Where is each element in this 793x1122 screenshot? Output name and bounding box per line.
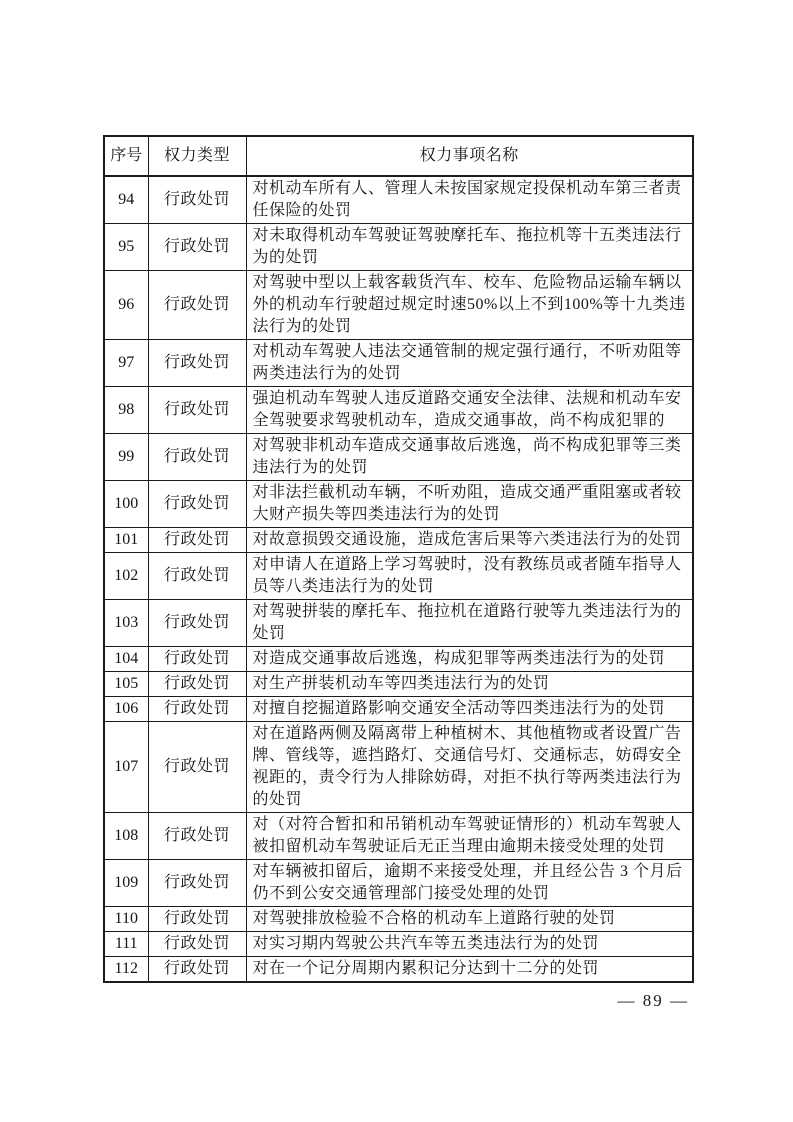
table-row: 108 行政处罚 对（对符合暂扣和吊销机动车驾驶证情形的）机动车驾驶人被扣留机动… bbox=[104, 813, 693, 860]
power-type-cell: 行政处罚 bbox=[148, 176, 246, 224]
power-item-name-cell: 对申请人在道路上学习驾驶时，没有教练员或者随车指导人员等八类违法行为的处罚 bbox=[246, 553, 693, 600]
table-row: 103 行政处罚 对驾驶拼装的摩托车、拖拉机在道路行驶等九类违法行为的处罚 bbox=[104, 600, 693, 647]
power-item-name-cell: 对实习期内驾驶公共汽车等五类违法行为的处罚 bbox=[246, 932, 693, 957]
power-item-name-cell: 对在一个记分周期内累积记分达到十二分的处罚 bbox=[246, 957, 693, 983]
document-page: 序号 权力类型 权力事项名称 94 行政处罚 对机动车所有人、管理人未按国家规定… bbox=[0, 0, 793, 1122]
power-type-cell: 行政处罚 bbox=[148, 600, 246, 647]
power-item-name-cell: 强迫机动车驾驶人违反道路交通安全法律、法规和机动车安全驾驶要求驾驶机动车，造成交… bbox=[246, 387, 693, 434]
power-type-cell: 行政处罚 bbox=[148, 697, 246, 722]
table-row: 110 行政处罚 对驾驶排放检验不合格的机动车上道路行驶的处罚 bbox=[104, 907, 693, 932]
power-item-name-cell: 对机动车驾驶人违法交通管制的规定强行通行，不听劝阻等两类违法行为的处罚 bbox=[246, 340, 693, 387]
row-index-cell: 106 bbox=[104, 697, 148, 722]
table-row: 102 行政处罚 对申请人在道路上学习驾驶时，没有教练员或者随车指导人员等八类违… bbox=[104, 553, 693, 600]
row-index-cell: 108 bbox=[104, 813, 148, 860]
table-body: 94 行政处罚 对机动车所有人、管理人未按国家规定投保机动车第三者责任保险的处罚… bbox=[104, 176, 693, 982]
table-row: 111 行政处罚 对实习期内驾驶公共汽车等五类违法行为的处罚 bbox=[104, 932, 693, 957]
row-index-cell: 95 bbox=[104, 224, 148, 271]
table-row: 107 行政处罚 对在道路两侧及隔离带上种植树木、其他植物或者设置广告牌、管线等… bbox=[104, 722, 693, 813]
row-index-cell: 112 bbox=[104, 957, 148, 983]
table-row: 106 行政处罚 对擅自挖掘道路影响交通安全活动等四类违法行为的处罚 bbox=[104, 697, 693, 722]
power-item-name-cell: 对驾驶中型以上载客载货汽车、校车、危险物品运输车辆以外的机动车行驶超过规定时速5… bbox=[246, 271, 693, 340]
table-row: 105 行政处罚 对生产拼装机动车等四类违法行为的处罚 bbox=[104, 672, 693, 697]
table-row: 100 行政处罚 对非法拦截机动车辆，不听劝阻，造成交通严重阻塞或者较大财产损失… bbox=[104, 481, 693, 528]
table-row: 98 行政处罚 强迫机动车驾驶人违反道路交通安全法律、法规和机动车安全驾驶要求驾… bbox=[104, 387, 693, 434]
table-row: 96 行政处罚 对驾驶中型以上载客载货汽车、校车、危险物品运输车辆以外的机动车行… bbox=[104, 271, 693, 340]
table-row: 112 行政处罚 对在一个记分周期内累积记分达到十二分的处罚 bbox=[104, 957, 693, 983]
power-type-cell: 行政处罚 bbox=[148, 481, 246, 528]
row-index-cell: 94 bbox=[104, 176, 148, 224]
row-index-cell: 99 bbox=[104, 434, 148, 481]
power-type-cell: 行政处罚 bbox=[148, 932, 246, 957]
power-type-cell: 行政处罚 bbox=[148, 907, 246, 932]
power-item-name-cell: 对生产拼装机动车等四类违法行为的处罚 bbox=[246, 672, 693, 697]
power-item-name-cell: 对在道路两侧及隔离带上种植树木、其他植物或者设置广告牌、管线等，遮挡路灯、交通信… bbox=[246, 722, 693, 813]
row-index-cell: 102 bbox=[104, 553, 148, 600]
column-header-index: 序号 bbox=[104, 136, 148, 176]
table-header-row: 序号 权力类型 权力事项名称 bbox=[104, 136, 693, 176]
power-item-name-cell: 对车辆被扣留后，逾期不来接受处理，并且经公告 3 个月后仍不到公安交通管理部门接… bbox=[246, 860, 693, 907]
power-item-name-cell: 对驾驶排放检验不合格的机动车上道路行驶的处罚 bbox=[246, 907, 693, 932]
power-item-name-cell: 对非法拦截机动车辆，不听劝阻，造成交通严重阻塞或者较大财产损失等四类违法行为的处… bbox=[246, 481, 693, 528]
row-index-cell: 101 bbox=[104, 528, 148, 553]
table-row: 94 行政处罚 对机动车所有人、管理人未按国家规定投保机动车第三者责任保险的处罚 bbox=[104, 176, 693, 224]
power-item-name-cell: 对（对符合暂扣和吊销机动车驾驶证情形的）机动车驾驶人被扣留机动车驾驶证后无正当理… bbox=[246, 813, 693, 860]
row-index-cell: 109 bbox=[104, 860, 148, 907]
power-type-cell: 行政处罚 bbox=[148, 722, 246, 813]
column-header-power-item-name: 权力事项名称 bbox=[246, 136, 693, 176]
row-index-cell: 105 bbox=[104, 672, 148, 697]
table-row: 97 行政处罚 对机动车驾驶人违法交通管制的规定强行通行，不听劝阻等两类违法行为… bbox=[104, 340, 693, 387]
row-index-cell: 104 bbox=[104, 647, 148, 672]
table-row: 109 行政处罚 对车辆被扣留后，逾期不来接受处理，并且经公告 3 个月后仍不到… bbox=[104, 860, 693, 907]
row-index-cell: 100 bbox=[104, 481, 148, 528]
row-index-cell: 98 bbox=[104, 387, 148, 434]
power-type-cell: 行政处罚 bbox=[148, 553, 246, 600]
power-type-cell: 行政处罚 bbox=[148, 672, 246, 697]
row-index-cell: 110 bbox=[104, 907, 148, 932]
power-type-cell: 行政处罚 bbox=[148, 860, 246, 907]
power-type-cell: 行政处罚 bbox=[148, 387, 246, 434]
row-index-cell: 96 bbox=[104, 271, 148, 340]
power-type-cell: 行政处罚 bbox=[148, 813, 246, 860]
power-item-name-cell: 对机动车所有人、管理人未按国家规定投保机动车第三者责任保险的处罚 bbox=[246, 176, 693, 224]
table-row: 104 行政处罚 对造成交通事故后逃逸，构成犯罪等两类违法行为的处罚 bbox=[104, 647, 693, 672]
power-item-name-cell: 对造成交通事故后逃逸，构成犯罪等两类违法行为的处罚 bbox=[246, 647, 693, 672]
power-type-cell: 行政处罚 bbox=[148, 957, 246, 983]
power-item-name-cell: 对驾驶非机动车造成交通事故后逃逸，尚不构成犯罪等三类违法行为的处罚 bbox=[246, 434, 693, 481]
power-type-cell: 行政处罚 bbox=[148, 271, 246, 340]
column-header-power-type: 权力类型 bbox=[148, 136, 246, 176]
table-row: 101 行政处罚 对故意损毁交通设施，造成危害后果等六类违法行为的处罚 bbox=[104, 528, 693, 553]
power-type-cell: 行政处罚 bbox=[148, 224, 246, 271]
row-index-cell: 107 bbox=[104, 722, 148, 813]
power-type-cell: 行政处罚 bbox=[148, 647, 246, 672]
power-item-name-cell: 对未取得机动车驾驶证驾驶摩托车、拖拉机等十五类违法行为的处罚 bbox=[246, 224, 693, 271]
power-type-cell: 行政处罚 bbox=[148, 434, 246, 481]
power-item-name-cell: 对擅自挖掘道路影响交通安全活动等四类违法行为的处罚 bbox=[246, 697, 693, 722]
power-type-cell: 行政处罚 bbox=[148, 340, 246, 387]
table-row: 99 行政处罚 对驾驶非机动车造成交通事故后逃逸，尚不构成犯罪等三类违法行为的处… bbox=[104, 434, 693, 481]
power-type-cell: 行政处罚 bbox=[148, 528, 246, 553]
table-row: 95 行政处罚 对未取得机动车驾驶证驾驶摩托车、拖拉机等十五类违法行为的处罚 bbox=[104, 224, 693, 271]
page-number: — 89 — bbox=[618, 991, 690, 1011]
row-index-cell: 103 bbox=[104, 600, 148, 647]
row-index-cell: 111 bbox=[104, 932, 148, 957]
power-item-name-cell: 对驾驶拼装的摩托车、拖拉机在道路行驶等九类违法行为的处罚 bbox=[246, 600, 693, 647]
power-items-table: 序号 权力类型 权力事项名称 94 行政处罚 对机动车所有人、管理人未按国家规定… bbox=[103, 135, 694, 983]
row-index-cell: 97 bbox=[104, 340, 148, 387]
power-item-name-cell: 对故意损毁交通设施，造成危害后果等六类违法行为的处罚 bbox=[246, 528, 693, 553]
